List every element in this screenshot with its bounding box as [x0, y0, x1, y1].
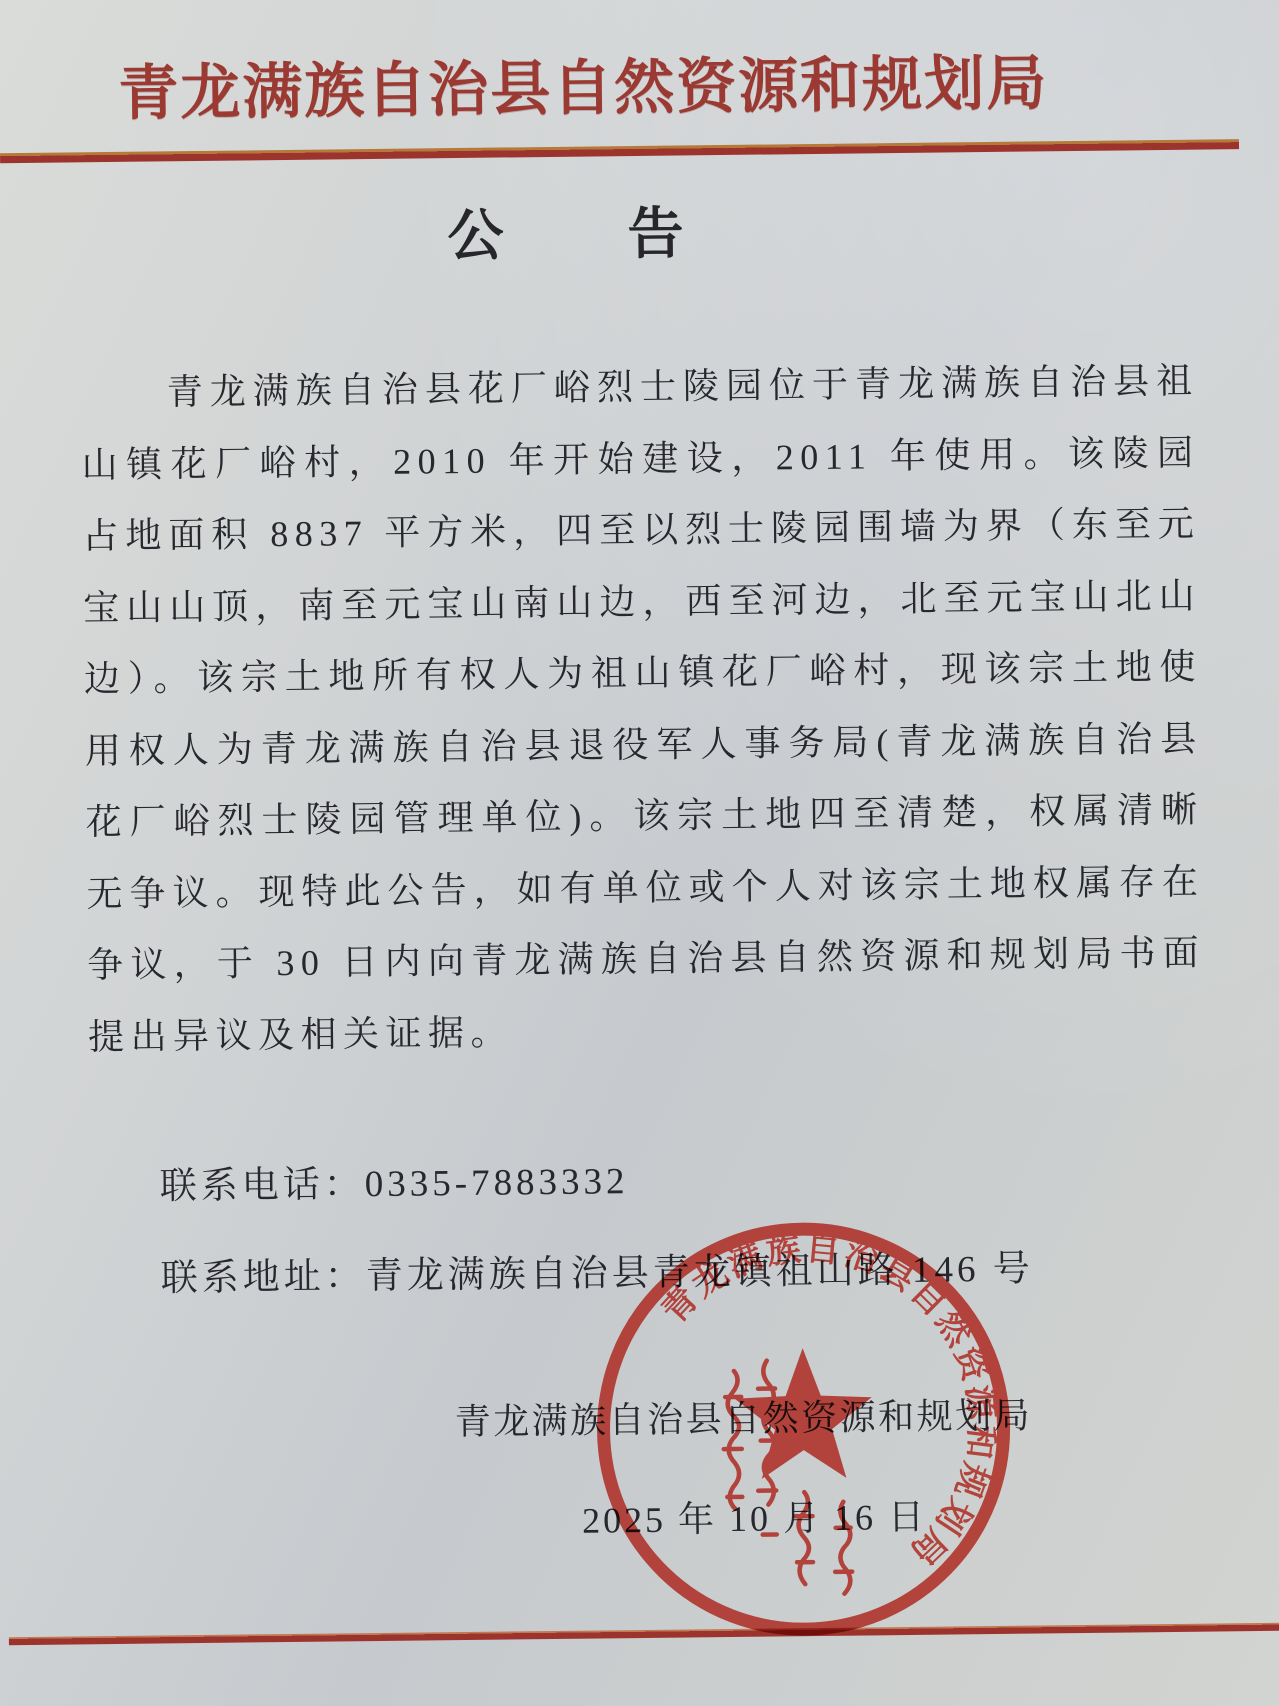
seal-star-icon — [734, 1347, 872, 1479]
document-sheet: 青龙满族自治县自然资源和规划局 公 告 青龙满族自治县花厂峪烈士陵园位于青龙满族… — [0, 0, 1279, 1706]
contact-phone-label: 联系电话： — [160, 1164, 365, 1207]
header-divider — [0, 139, 1239, 163]
document-photo: 青龙满族自治县自然资源和规划局 公 告 青龙满族自治县花厂峪烈士陵园位于青龙满族… — [0, 0, 1279, 1706]
official-seal-icon: 青龙满族自治县自然资源和规划局 — [582, 1208, 1025, 1651]
header-title: 青龙满族自治县自然资源和规划局 — [0, 34, 1176, 133]
body-paragraph: 青龙满族自治县花厂峪烈士陵园位于青龙满族自治县祖山镇花厂峪村，2010 年开始建… — [80, 346, 1206, 1074]
contact-address-label: 联系地址： — [161, 1256, 366, 1299]
contact-phone-line: 联系电话：0335-7883332 — [159, 1150, 628, 1209]
doc-title: 公 告 — [0, 184, 1142, 277]
contact-phone-value: 0335-7883332 — [365, 1161, 629, 1205]
